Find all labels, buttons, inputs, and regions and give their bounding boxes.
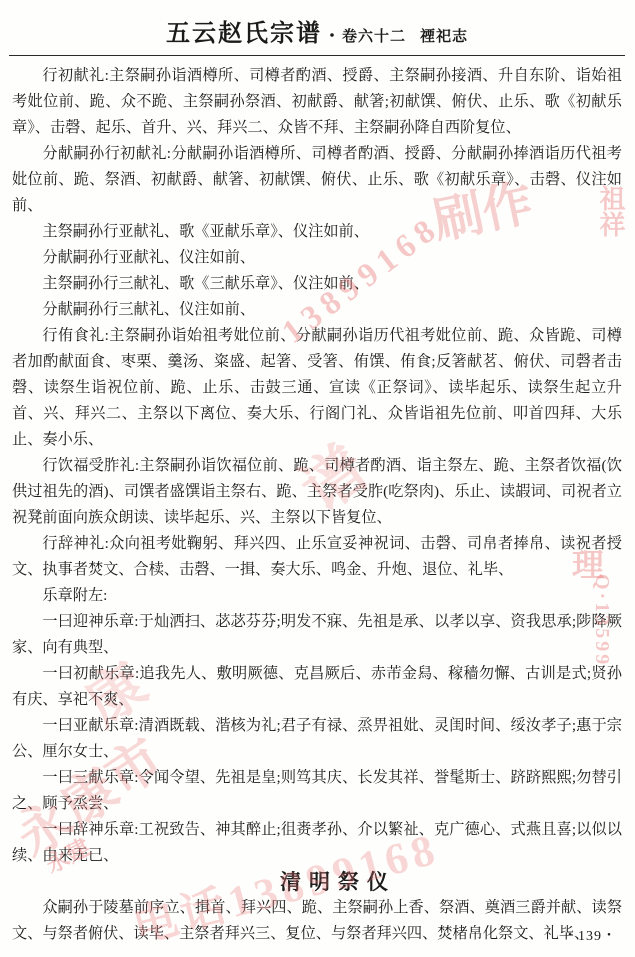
qingming-section-heading: 清明祭仪 <box>12 869 622 895</box>
book-title: 五云赵氏宗谱 <box>166 21 322 47</box>
title-separator-dot: ・ <box>322 28 342 45</box>
volume-number: 卷六十二 <box>342 29 406 45</box>
paragraph-assistant-second-offering: 分献嗣孙行亚献礼、仪注如前、 <box>12 245 622 271</box>
paragraph-odes-note: 乐章附左: <box>12 583 622 609</box>
document-page: 五云赵氏宗谱・卷六十二禋祀志 行初献礼:主祭嗣孙诣酒樽所、司樽者酌酒、授爵、主祭… <box>0 0 635 957</box>
section-title: 禋祀志 <box>420 29 468 45</box>
paragraph-assistant-third-offering: 分献嗣孙行三献礼、仪注如前、 <box>12 297 622 323</box>
paragraph-qingming-rite: 众嗣孙于陵墓前序立、揖首、拜兴四、跪、主祭嗣孙上香、祭酒、奠酒三爵并献、读祭文、… <box>12 895 622 947</box>
page-header: 五云赵氏宗谱・卷六十二禋祀志 <box>12 8 622 48</box>
paragraph-ode-first: 一曰初献乐章:追我先人、敷明厥德、克昌厥后、赤芾金舄、稼穑勿懈、古训是式;贤孙有… <box>12 661 622 713</box>
page-number: ・139・ <box>563 925 617 945</box>
paragraph-assistant-first-offering: 分献嗣孙行初献礼:分献嗣孙诣酒樽所、司樽者酌酒、授爵、分献嗣孙捧酒诣历代祖考妣位… <box>12 141 622 219</box>
paragraph-first-offering: 行初献礼:主祭嗣孙诣酒樽所、司樽者酌酒、授爵、主祭嗣孙接酒、升自东阶、诣始祖考妣… <box>12 63 622 141</box>
paragraph-food-rite: 行侑食礼:主祭嗣孙诣始祖考妣位前、分献嗣孙诣历代祖考妣位前、跪、众皆跪、司樽者加… <box>12 323 622 453</box>
paragraph-ode-third: 一曰三献乐章:令闻令望、先祖是皇;则笃其庆、长发其祥、誉髦斯士、跻跻熙熙;勿替引… <box>12 765 622 817</box>
paragraph-ode-farewell: 一曰辞神乐章:工祝致告、神其醉止;徂赉孝孙、介以繁祉、克广德心、式燕且喜;以似以… <box>12 817 622 869</box>
paragraph-third-offering: 主祭嗣孙行三献礼、歌《三献乐章》、仪注如前、 <box>12 271 622 297</box>
paragraph-ode-second: 一曰亚献乐章:清酒既载、湝核为礼;君子有禄、烝畀祖妣、灵闺时间、绥汝孝子;惠于宗… <box>12 713 622 765</box>
paragraph-blessing-rite: 行饮福受胙礼:主祭嗣孙诣饮福位前、跪、司樽者酌酒、诣主祭左、跪、主祭者饮福(饮供… <box>12 453 622 531</box>
paragraph-second-offering: 主祭嗣孙行亚献礼、歌《亚献乐章》、仪注如前、 <box>12 219 622 245</box>
header-rule <box>9 55 625 56</box>
paragraph-ode-welcome: 一曰迎神乐章:于灿洒扫、苾苾芬芬;明发不寐、先祖是承、以孝以享、资我思承;陟降厥… <box>12 609 622 661</box>
ritual-text: 行初献礼:主祭嗣孙诣酒樽所、司樽者酌酒、授爵、主祭嗣孙接酒、升自东阶、诣始祖考妣… <box>12 63 622 947</box>
paragraph-farewell-rite: 行辞神礼:众向祖考妣鞠躬、拜兴四、止乐宣妥神祝词、击磬、司帛者捧帛、读祝者授文、… <box>12 531 622 583</box>
